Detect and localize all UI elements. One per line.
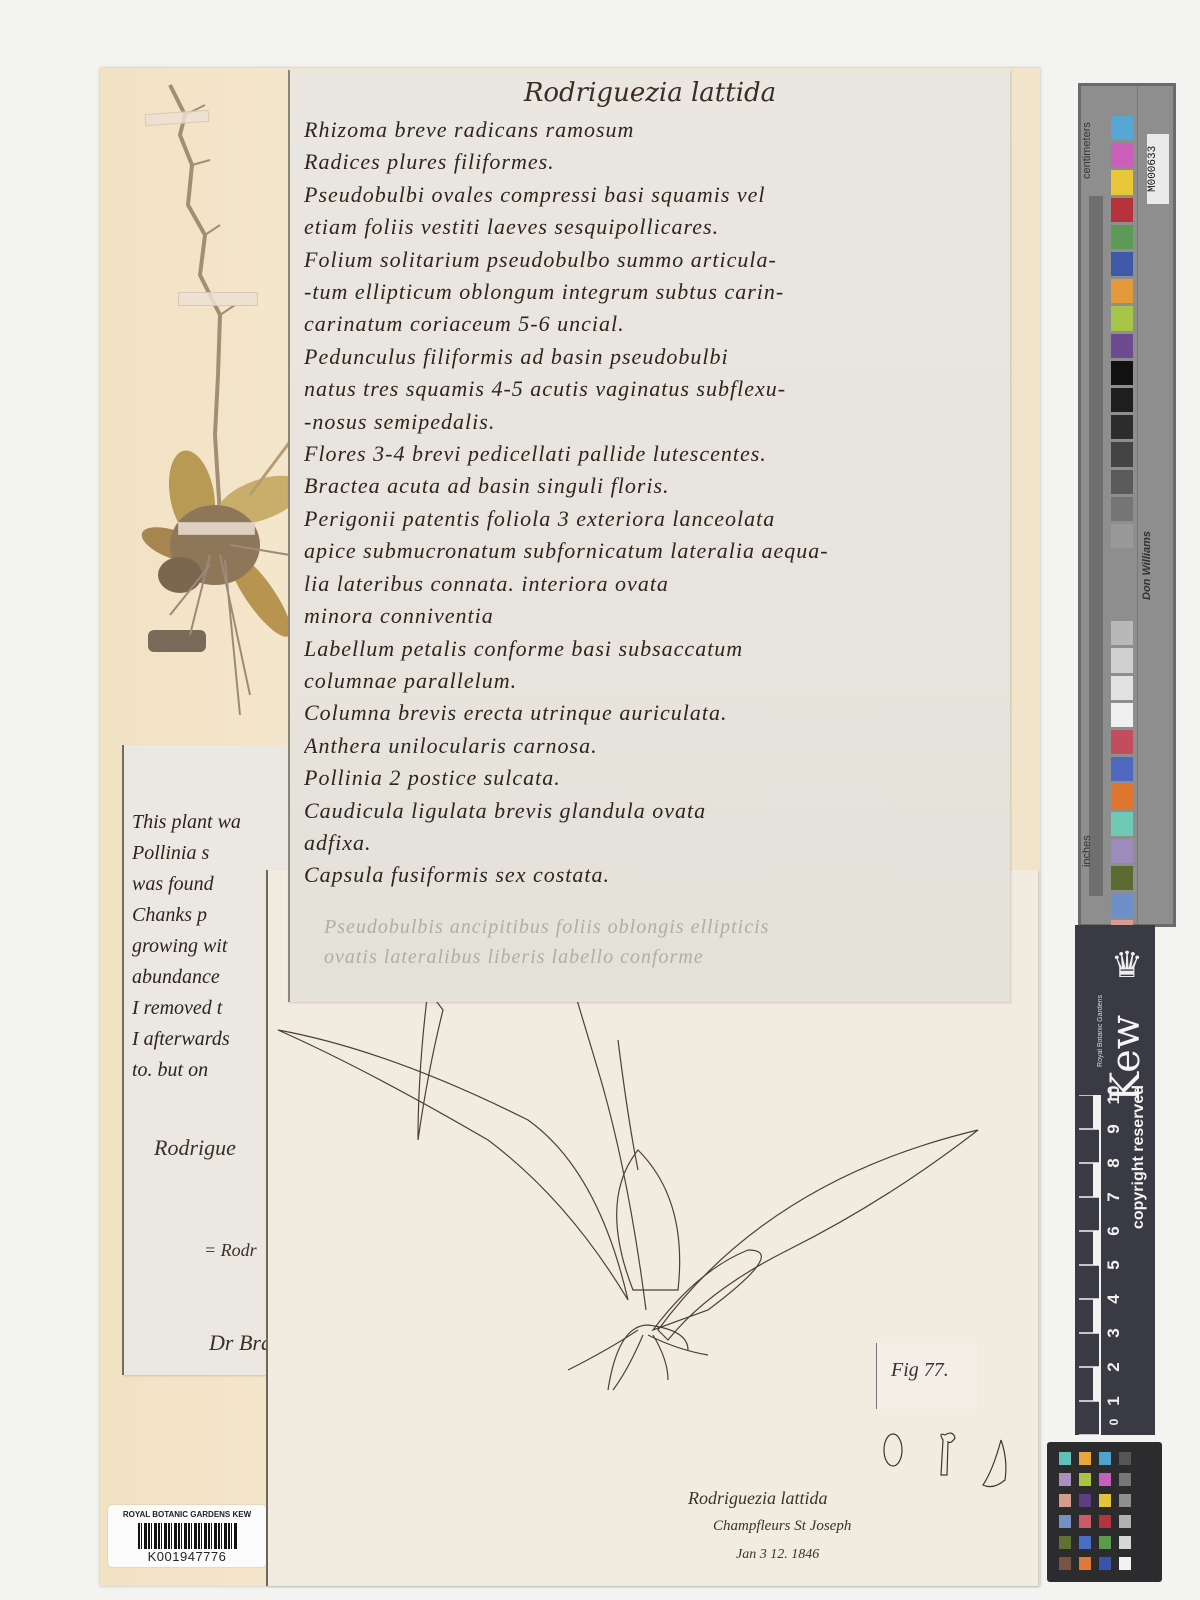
description-title: Rodriguezia lattida: [290, 78, 1010, 108]
description-line: Radices plures filiformes.: [304, 146, 1004, 178]
checker-patch: [1099, 1557, 1111, 1570]
description-line: Bractea acuta ad basin singuli floris.: [304, 470, 1004, 502]
description-line: columnae parallelum.: [304, 665, 1004, 697]
checker-patch: [1079, 1452, 1091, 1465]
note-line: This plant wa: [132, 807, 292, 838]
checker-grey-patch: [1119, 1452, 1131, 1465]
institution-label: ROYAL BOTANIC GARDENS KEW: [108, 1510, 266, 1519]
description-line: adfixa.: [304, 827, 1004, 859]
scale-number: 0: [1107, 1411, 1121, 1433]
description-line: Rhizoma breve radicans ramosum: [304, 114, 1004, 146]
chart-value-column: [1137, 86, 1172, 924]
checker-patch: [1059, 1452, 1071, 1465]
mounting-tape: [178, 292, 258, 306]
checker-patch: [1079, 1557, 1091, 1570]
color-calibration-chart: centimeters inches M000633 Don Williams: [1078, 83, 1176, 927]
checker-patch: [1099, 1494, 1111, 1507]
scale-number: 4: [1104, 1288, 1124, 1310]
checker-patch: [1099, 1536, 1111, 1549]
color-swatch: [1111, 415, 1133, 439]
checker-patch: [1099, 1452, 1111, 1465]
faint-pencil-text: Pseudobulbis ancipitibus foliis oblongis…: [324, 912, 984, 972]
checker-grey-patch: [1119, 1515, 1131, 1528]
description-line: carinatum coriaceum 5-6 uncial.: [304, 308, 1004, 340]
color-swatch: [1111, 143, 1133, 167]
description-line: -tum ellipticum oblongum integrum subtus…: [304, 276, 1004, 308]
description-line: etiam foliis vestiti laeves sesquipollic…: [304, 211, 1004, 243]
checker-patch: [1099, 1473, 1111, 1486]
color-swatch: [1111, 334, 1133, 358]
drawing-caption-date: Jan 3 12. 1846: [736, 1547, 819, 1563]
faint-line: ovatis lateralibus liberis labello confo…: [324, 942, 984, 972]
color-swatch: [1111, 730, 1133, 754]
checker-patch: [1059, 1515, 1071, 1528]
checker-patch: [1059, 1473, 1071, 1486]
checker-grey-patch: [1119, 1536, 1131, 1549]
scale-number: 5: [1104, 1254, 1124, 1276]
faint-line: Pseudobulbis ancipitibus foliis oblongis…: [324, 912, 984, 942]
description-line: natus tres squamis 4-5 acutis vaginatus …: [304, 373, 1004, 405]
chart-ruler: [1089, 196, 1103, 896]
checker-patch: [1079, 1473, 1091, 1486]
latin-description-page: Rodriguezia lattida Rhizoma breve radica…: [288, 70, 1010, 1002]
checker-patch: [1079, 1536, 1091, 1549]
figure-number-box: Fig 77.: [876, 1343, 977, 1409]
floral-detail-sketches: [883, 1430, 1013, 1510]
kew-scale-bar: ♛ Royal Botanic Gardens Kew copyright re…: [1075, 925, 1155, 1435]
description-line: Labellum petalis conforme basi subsaccat…: [304, 633, 1004, 665]
color-swatch: [1111, 703, 1133, 727]
color-swatch: [1111, 784, 1133, 808]
color-swatch: [1111, 225, 1133, 249]
color-swatch: [1111, 170, 1133, 194]
color-swatch: [1111, 812, 1133, 836]
color-swatch: [1111, 470, 1133, 494]
scale-number: 7: [1104, 1186, 1124, 1208]
description-line: Capsula fusiformis sex costata.: [304, 859, 1004, 891]
note-line: Pollinia s: [132, 838, 292, 869]
barcode-label: ROYAL BOTANIC GARDENS KEW K001947776: [108, 1505, 266, 1567]
color-swatch: [1111, 621, 1133, 645]
checker-grey-patch: [1119, 1494, 1131, 1507]
chart-id-label: M000633: [1147, 134, 1169, 204]
chart-brand-label: Don Williams: [1141, 526, 1165, 606]
barcode-number: K001947776: [108, 1549, 266, 1564]
scale-number: 10: [1104, 1084, 1124, 1106]
checker-grey-patch: [1119, 1473, 1131, 1486]
checker-patch: [1059, 1557, 1071, 1570]
color-swatch: [1111, 839, 1133, 863]
description-line: Anthera unilocularis carnosa.: [304, 730, 1004, 762]
checker-patch: [1059, 1536, 1071, 1549]
pressed-orchid-specimen: [110, 75, 300, 755]
scale-number: 1: [1104, 1390, 1124, 1412]
description-line: Flores 3-4 brevi pedicellati pallide lut…: [304, 438, 1004, 470]
color-swatch: [1111, 866, 1133, 890]
scale-number: 2: [1104, 1356, 1124, 1378]
color-swatch: [1111, 442, 1133, 466]
drawing-caption-species: Rodriguezia lattida: [688, 1488, 828, 1509]
color-swatch: [1111, 361, 1133, 385]
color-swatch: [1111, 116, 1133, 140]
color-swatch: [1111, 252, 1133, 276]
checker-patch: [1059, 1494, 1071, 1507]
color-swatch: [1111, 497, 1133, 521]
scale-number: 6: [1104, 1220, 1124, 1242]
barcode-icon: [138, 1523, 238, 1549]
description-line: Perigonii patentis foliola 3 exteriora l…: [304, 503, 1004, 535]
color-swatch: [1111, 279, 1133, 303]
color-swatch: [1111, 306, 1133, 330]
description-line: Pseudobulbi ovales compressi basi squami…: [304, 179, 1004, 211]
description-line: Columna brevis erecta utrinque auriculat…: [304, 697, 1004, 729]
color-swatch: [1111, 198, 1133, 222]
description-text: Rhizoma breve radicans ramosum Radices p…: [304, 114, 1004, 892]
color-swatch: [1111, 524, 1133, 548]
checker-patch: [1079, 1515, 1091, 1528]
color-swatch: [1111, 893, 1133, 917]
color-swatch: [1111, 676, 1133, 700]
description-line: minora conniventia: [304, 600, 1004, 632]
color-swatch: [1111, 388, 1133, 412]
description-line: Pollinia 2 postice sulcata.: [304, 762, 1004, 794]
color-swatch: [1111, 757, 1133, 781]
drawing-caption-place: Champfleurs St Joseph: [713, 1518, 851, 1535]
description-line: -nosus semipedalis.: [304, 406, 1004, 438]
scale-number: 3: [1104, 1322, 1124, 1344]
checker-patch: [1099, 1515, 1111, 1528]
description-line: Caudicula ligulata brevis glandula ovata: [304, 795, 1004, 827]
description-line: Pedunculus filiformis ad basin pseudobul…: [304, 341, 1004, 373]
chart-unit-inches: inches: [1081, 821, 1105, 881]
mounting-tape: [178, 522, 255, 535]
checker-patch: [1079, 1494, 1091, 1507]
color-checker-card: [1047, 1442, 1162, 1582]
description-line: lia lateribus connata. interiora ovata: [304, 568, 1004, 600]
royal-crest-icon: ♛: [1107, 935, 1147, 995]
color-swatch: [1111, 648, 1133, 672]
description-line: apice submucronatum subfornicatum latera…: [304, 535, 1004, 567]
figure-label: Fig 77.: [891, 1359, 949, 1382]
cm-ruler: [1079, 1095, 1101, 1435]
description-line: Folium solitarium pseudobulbo summo arti…: [304, 244, 1004, 276]
checker-grey-patch: [1119, 1557, 1131, 1570]
scale-number: 9: [1104, 1118, 1124, 1140]
chart-unit-centimeters: centimeters: [1081, 106, 1105, 196]
scale-number: 8: [1104, 1152, 1124, 1174]
copyright-text: copyright reserved: [1130, 1085, 1148, 1229]
